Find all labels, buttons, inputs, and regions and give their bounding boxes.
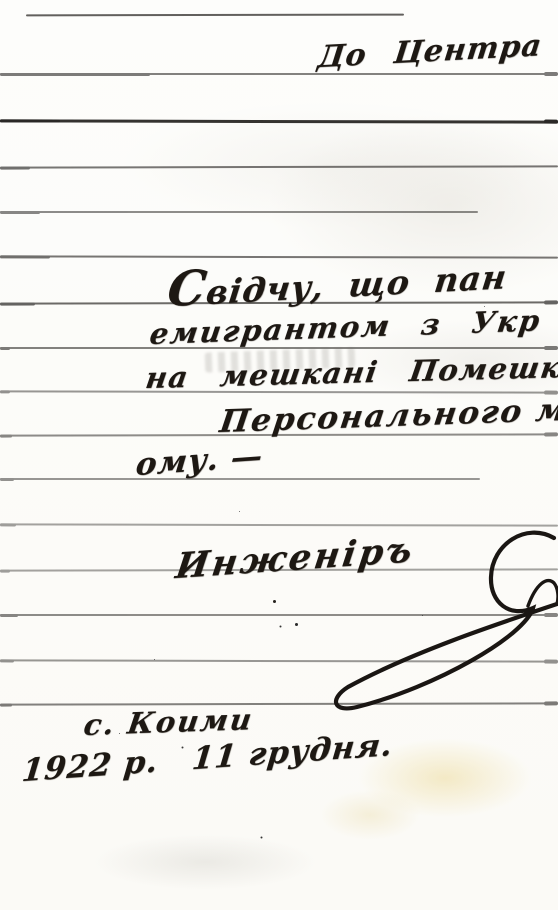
scan-line-dark-right-blob [544,701,558,706]
scan-ruled-line [0,211,478,213]
scan-ruled-line [0,478,480,480]
scan-line-dark-left-segment [0,569,10,572]
scan-line-dark-left-segment [0,703,12,706]
scan-line-dark-left-segment [0,523,16,526]
scan-line-dark-left-segment [0,434,12,437]
scan-ruled-line [26,14,404,17]
scan-ruled-line [0,165,558,168]
scan-line-dark-left-segment [0,211,40,214]
scan-ruled-line [0,119,558,123]
scan-line-dark-left-segment [0,255,50,258]
scan-ruled-line [0,659,558,662]
scan-line-dark-left-segment [0,347,10,350]
letterhead-address-line: До Центра [316,28,544,75]
scan-ruled-line [0,347,558,349]
scan-ruled-line [0,523,558,526]
body-line-5: ому. — [134,438,265,483]
scan-line-dark-right-blob [544,432,558,437]
scan-line-dark-left-segment [0,478,14,481]
scan-line-dark-right-blob [544,300,558,305]
scan-line-dark-left-segment [0,166,30,169]
scan-line-dark-left-segment [0,390,10,393]
scan-ruled-line [0,614,558,616]
scan-line-dark-left-segment [0,302,35,305]
scan-line-dark-left-segment [0,614,18,617]
scan-line-dark-right-blob [544,659,558,664]
scan-line-dark-left-segment [0,659,14,662]
scanned-document-page: До Центра Свідчу, що пан емигрантом з Ук… [0,0,558,910]
scan-line-dark-right-blob [544,613,558,618]
scan-ruled-line [0,702,558,705]
place-line: с. Коими [82,702,256,742]
scan-line-dark-left-segment [0,119,60,122]
scan-line-dark-right-blob [544,72,558,77]
scan-line-dark-right-blob [544,119,558,124]
ink-speckles [273,600,276,603]
scan-ruled-line [0,73,558,75]
signature-inner-stroke [528,581,558,606]
scan-line-dark-left-segment [0,73,150,76]
date-year: 1922 р. [20,743,160,789]
signature-title: Инженіръ [173,529,418,587]
